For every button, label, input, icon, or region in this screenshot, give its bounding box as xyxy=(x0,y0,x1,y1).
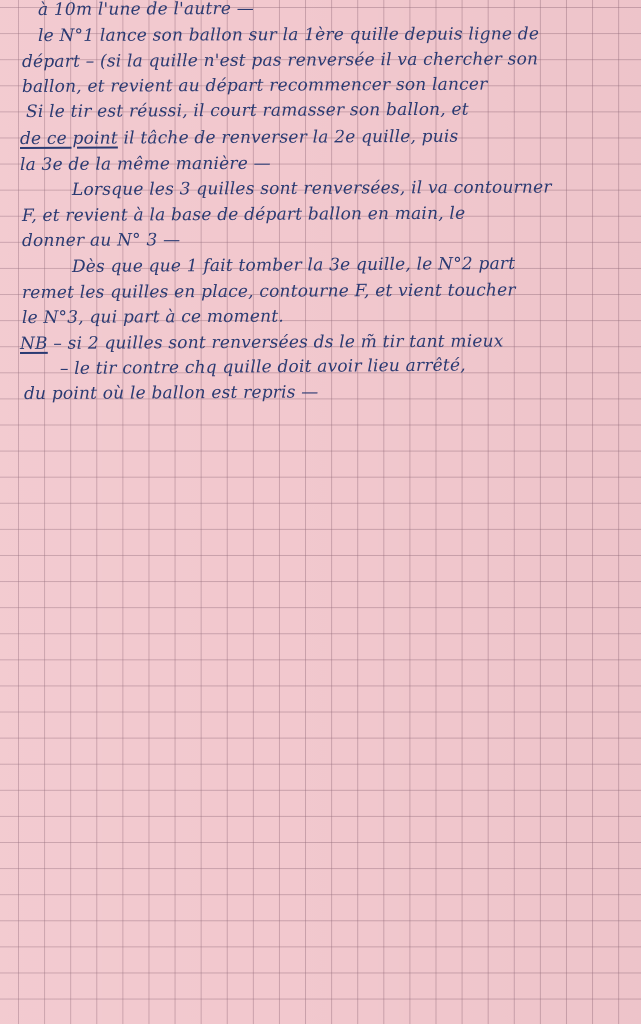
line-text: la 3e de la même manière — xyxy=(20,154,271,175)
line-text: remet les quilles en place, contourne F,… xyxy=(22,280,516,303)
line-text: le N°3, qui part à ce moment. xyxy=(22,307,284,328)
line-text: le N°1 lance son ballon sur la 1ère quil… xyxy=(38,24,539,46)
paper-shading xyxy=(0,0,641,1024)
note-line-4: ballon, et revient au départ recommencer… xyxy=(22,77,488,96)
nb-label: NB xyxy=(20,334,48,354)
note-line-2: le N°1 lance son ballon sur la 1ère quil… xyxy=(38,26,539,45)
line-text: à 10m l'une de l'autre — xyxy=(38,0,254,20)
note-line-10: donner au N° 3 — xyxy=(22,232,180,250)
line-text: donner au N° 3 — xyxy=(22,230,180,251)
line-text: ballon, et revient au départ recommencer… xyxy=(22,75,488,97)
line-text: départ – (si la quille n'est pas renvers… xyxy=(22,49,538,72)
line-text: – si 2 quilles sont renversées ds le m̃ … xyxy=(48,331,504,353)
note-line-6: de ce point il tâche de renverser la 2e … xyxy=(20,129,459,148)
line-text: – le tir contre chq quille doit avoir li… xyxy=(60,355,466,379)
note-line-11: Dès que que 1 fait tomber la 3e quille, … xyxy=(72,256,515,276)
underlined-phrase: de ce point xyxy=(20,128,118,149)
line-text: du point où le ballon est repris — xyxy=(24,382,319,404)
line-text: Lorsque les 3 quilles sont renversées, i… xyxy=(72,177,552,200)
note-line-16: du point où le ballon est repris — xyxy=(24,384,319,403)
note-line-12: remet les quilles en place, contourne F,… xyxy=(22,282,516,302)
line-text: il tâche de renverser la 2e quille, puis xyxy=(118,127,459,149)
note-line-3: départ – (si la quille n'est pas renvers… xyxy=(22,51,538,71)
note-line-15: – le tir contre chq quille doit avoir li… xyxy=(60,357,466,378)
note-line-9: F, et revient à la base de départ ballon… xyxy=(22,206,465,225)
note-line-8: Lorsque les 3 quilles sont renversées, i… xyxy=(72,179,552,199)
handwritten-page: à 10m l'une de l'autre — le N°1 lance so… xyxy=(0,0,641,1024)
note-line-13: le N°3, qui part à ce moment. xyxy=(22,309,284,327)
note-line-14: NB – si 2 quilles sont renversées ds le … xyxy=(20,333,504,353)
line-text: Dès que que 1 fait tomber la 3e quille, … xyxy=(72,254,515,277)
line-text: F, et revient à la base de départ ballon… xyxy=(22,204,465,226)
note-line-1: à 10m l'une de l'autre — xyxy=(38,1,254,19)
line-text: Si le tir est réussi, il court ramasser … xyxy=(26,100,469,122)
note-line-7: la 3e de la même manière — xyxy=(20,156,271,174)
note-line-5: Si le tir est réussi, il court ramasser … xyxy=(26,102,469,121)
